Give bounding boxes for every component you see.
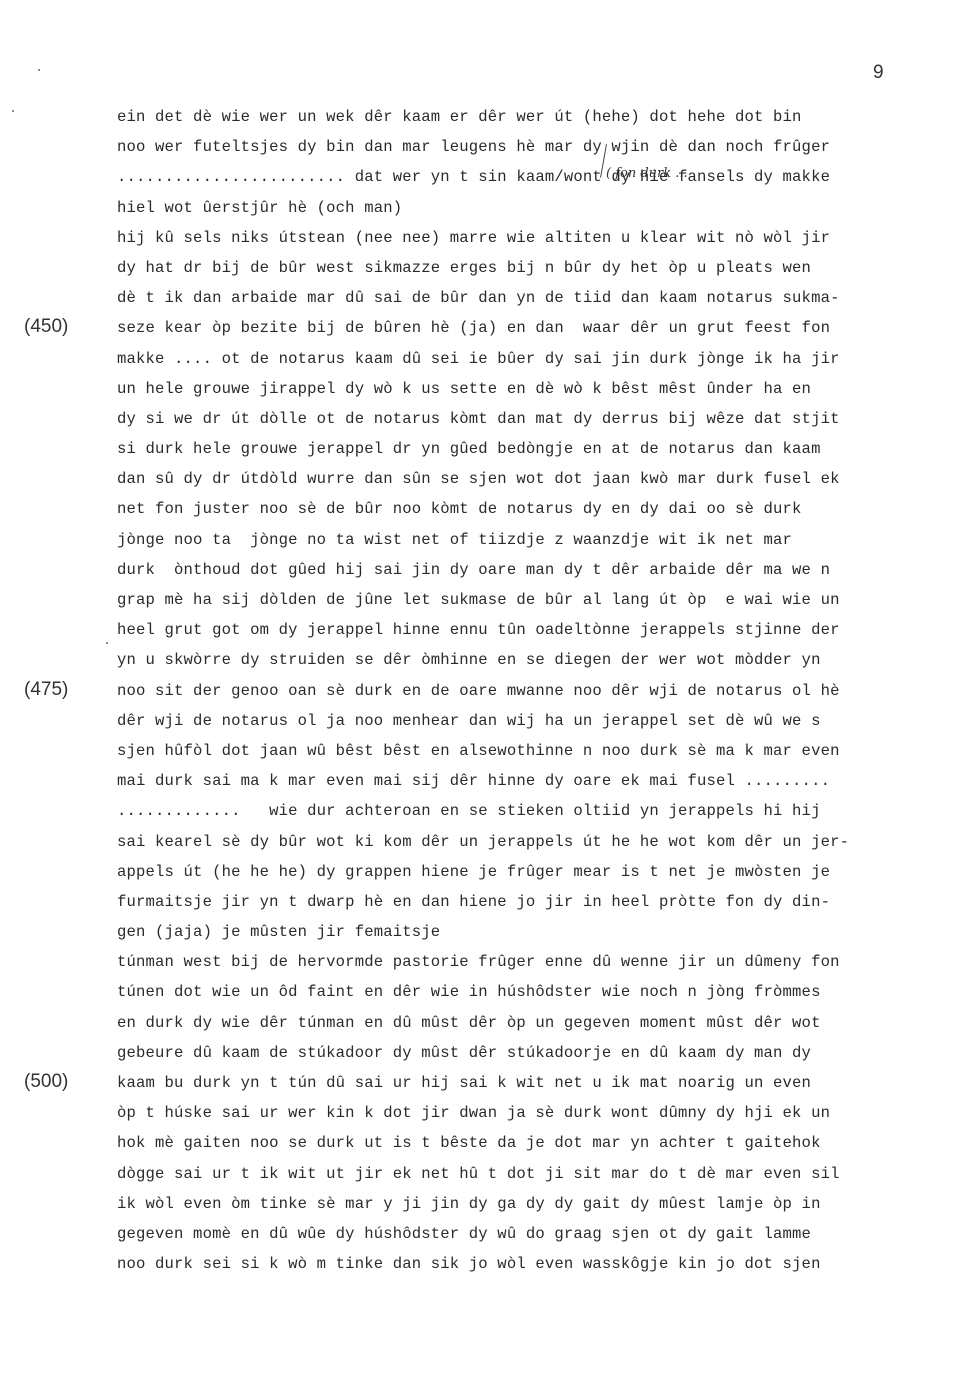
text-line: dêr wji de notarus ol ja noo menhear dan…	[117, 706, 937, 736]
text-line: seze kear òp bezite bij de bûren hè (ja)…	[117, 313, 937, 343]
text-line: gen (jaja) je mûsten jir femaitsje	[117, 917, 937, 947]
text-line: ik wòl even òm tinke sè mar y ji jin dy …	[117, 1189, 937, 1219]
text-line: noo durk sei si k wò m tinke dan sik jo …	[117, 1249, 937, 1279]
text-line: dy hat dr bij de bûr west sikmazze erges…	[117, 253, 937, 283]
text-line: ein det dè wie wer un wek dêr kaam er dê…	[117, 102, 937, 132]
text-line: gebeure dû kaam de stúkadoor dy mûst dêr…	[117, 1038, 937, 1068]
text-line: si durk hele grouwe jerappel dr yn gûed …	[117, 434, 937, 464]
text-line: dan sû dy dr útdòld wurre dan sûn se sje…	[117, 464, 937, 494]
scan-speck	[106, 642, 108, 644]
text-line: túnman west bij de hervormde pastorie fr…	[117, 947, 937, 977]
margin-line-number: (450)	[24, 316, 68, 338]
text-line: dògge sai ur t ik wit ut jir ek net hû t…	[117, 1159, 937, 1189]
text-line: grap mè ha sij dòlden de jûne let sukmas…	[117, 585, 937, 615]
text-line: makke .... ot de notarus kaam dû sei ie …	[117, 344, 937, 374]
text-line: ............. wie dur achteroan en se st…	[117, 796, 937, 826]
text-line: noo wer futeltsjes dy bin dan mar leugen…	[117, 132, 937, 162]
text-line: dy si we dr út dòlle ot de notarus kòmt …	[117, 404, 937, 434]
text-line: en durk dy wie dêr túnman en dû mûst dêr…	[117, 1008, 937, 1038]
text-line: òp t húske sai ur wer kin k dot jir dwan…	[117, 1098, 937, 1128]
transcript-body: ein det dè wie wer un wek dêr kaam er dê…	[117, 102, 937, 1279]
text-line: túnen dot wie un ôd faint en dêr wie in …	[117, 977, 937, 1007]
scan-speck	[12, 110, 14, 112]
text-line: dè t ik dan arbaide mar dû sai de bûr da…	[117, 283, 937, 313]
text-line: gegeven momè en dû wûe dy húshôdster dy …	[117, 1219, 937, 1249]
text-line: yn u skwòrre dy struiden se dêr òmhinne …	[117, 645, 937, 675]
text-line: ........................ dat wer yn t si…	[117, 162, 937, 192]
text-line: un hele grouwe jirappel dy wò k us sette…	[117, 374, 937, 404]
text-line: sai kearel sè dy bûr wot ki kom dêr un j…	[117, 827, 937, 857]
text-line: hiel wot ûerstjûr hè (och man)	[117, 193, 937, 223]
text-line: furmaitsje jir yn t dwarp hè en dan hien…	[117, 887, 937, 917]
scan-speck	[38, 69, 40, 71]
page-number: 9	[873, 62, 884, 84]
text-line: hok mè gaiten noo se durk ut is t bêste …	[117, 1128, 937, 1158]
text-line: kaam bu durk yn t tún dû sai ur hij sai …	[117, 1068, 937, 1098]
text-line: sjen hûfòl dot jaan wû bêst bêst en alse…	[117, 736, 937, 766]
margin-line-number: (475)	[24, 679, 68, 701]
text-line: jònge noo ta jònge no ta wist net of tii…	[117, 525, 937, 555]
text-line: noo sit der genoo oan sè durk en de oare…	[117, 676, 937, 706]
text-line: mai durk sai ma k mar even mai sij dêr h…	[117, 766, 937, 796]
text-line: net fon juster noo sè de bûr noo kòmt de…	[117, 494, 937, 524]
text-line: hij kû sels niks útstean (nee nee) marre…	[117, 223, 937, 253]
text-line: durk ònthoud dot gûed hij sai jin dy oar…	[117, 555, 937, 585]
margin-line-number: (500)	[24, 1071, 68, 1093]
text-line: appels út (he he he) dy grappen hiene je…	[117, 857, 937, 887]
text-line: heel grut got om dy jerappel hinne ennu …	[117, 615, 937, 645]
